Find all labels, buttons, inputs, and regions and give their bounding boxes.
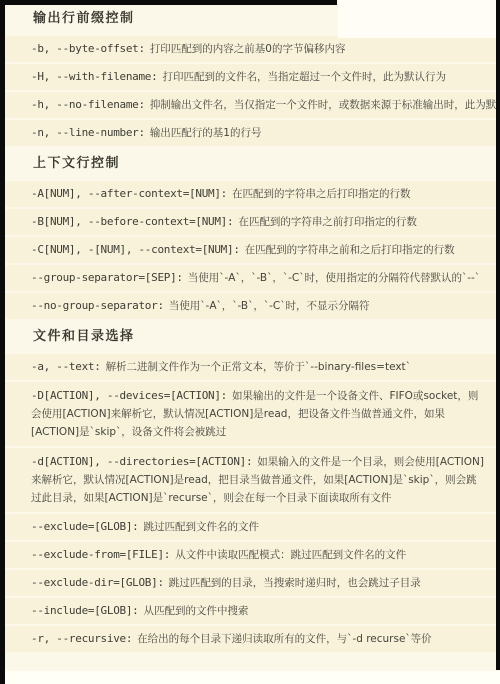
option-row: -n, --line-number:输出匹配行的基1的行号 [5,120,496,146]
option-row: --no-group-separator:当使用`-A`，`-B`，`-C`时，… [5,293,496,319]
option-row: -a, --text:解析二进制文件作为一个正常文本，等价于`--binary-… [5,354,496,380]
option-flags: -C[NUM], -[NUM], --context=[NUM]: [31,243,240,256]
option-description: 打印匹配到的内容之前基0的字节偏移内容 [150,43,346,55]
option-description: 解析二进制文件作为一个正常文本，等价于`--binary-files=text` [106,361,411,373]
option-description: 当使用`-A`，`-B`，`-C`时，不显示分隔符 [169,300,370,312]
option-flags: -h, --no-filename: [31,98,145,111]
option-description: 从文件中读取匹配模式：跳过匹配到文件名的文件 [175,549,406,561]
option-row: --exclude=[GLOB]:跳过匹配到文件名的文件 [5,514,496,540]
document-content: 输出行前缀控制 -b, --byte-offset:打印匹配到的内容之前基0的字… [5,5,496,662]
top-right-light-patch [338,0,496,38]
option-row: -D[ACTION], --devices=[ACTION]:如果输出的文件是一… [5,382,496,446]
option-flags: -r, --recursive: [31,632,132,645]
option-description: 在匹配到的字符串之后打印指定的行数 [232,188,411,200]
option-flags: -d[ACTION], --directories=[ACTION]: [31,455,252,468]
option-description: 跳过匹配到文件名的文件 [143,521,259,533]
option-flags: -B[NUM], --before-context=[NUM]: [31,215,233,228]
section-heading: 上下文行控制 [5,156,496,172]
option-description: 从匹配到的文件中搜索 [143,605,248,617]
option-row: -A[NUM], --after-context=[NUM]:在匹配到的字符串之… [5,181,496,207]
option-flags: -a, --text: [31,360,101,373]
option-flags: -D[ACTION], --devices=[ACTION]: [31,389,227,402]
option-row: -h, --no-filename:抑制输出文件名，当仅指定一个文件时，或数据来… [5,92,496,118]
option-flags: --include=[GLOB]: [31,604,138,617]
section-heading: 文件和目录选择 [5,329,496,345]
option-description: 输出匹配行的基1的行号 [150,127,262,139]
option-row: -B[NUM], --before-context=[NUM]:在匹配到的字符串… [5,209,496,235]
option-row: --include=[GLOB]:从匹配到的文件中搜索 [5,598,496,624]
option-row: -b, --byte-offset:打印匹配到的内容之前基0的字节偏移内容 [5,36,496,62]
option-row: --exclude-from=[FILE]:从文件中读取匹配模式：跳过匹配到文件… [5,542,496,568]
option-row: -r, --recursive:在给出的每个目录下递归读取所有的文件，与`-d … [5,626,496,652]
bottom-light-band [5,671,500,684]
option-flags: -H, --with-filename: [31,70,157,83]
frame-right-edge [496,0,500,670]
option-description: 打印匹配到的文件名，当指定超过一个文件时，此为默认行为 [162,71,446,83]
option-flags: --no-group-separator: [31,299,164,312]
document-page: 输出行前缀控制 -b, --byte-offset:打印匹配到的内容之前基0的字… [0,0,500,684]
section-file-and-directory-selection: 文件和目录选择 -a, --text:解析二进制文件作为一个正常文本，等价于`-… [5,329,496,652]
option-flags: --exclude-dir=[GLOB]: [31,576,164,589]
option-description: 抑制输出文件名，当仅指定一个文件时，或数据来源于标准输出时，此为默认行为 [150,99,496,111]
option-flags: -b, --byte-offset: [31,42,145,55]
frame-top-bar [0,0,337,5]
option-description: 在匹配到的字符串之前打印指定的行数 [238,216,417,228]
option-row: -C[NUM], -[NUM], --context=[NUM]:在匹配到的字符… [5,237,496,263]
option-flags: -A[NUM], --after-context=[NUM]: [31,187,227,200]
option-flags: --exclude=[GLOB]: [31,520,138,533]
option-description: 跳过匹配到的目录，当搜索时递归时，也会跳过子目录 [169,577,421,589]
section-context-line-control: 上下文行控制 -A[NUM], --after-context=[NUM]:在匹… [5,156,496,319]
option-flags: --exclude-from=[FILE]: [31,548,170,561]
option-flags: -n, --line-number: [31,126,145,139]
option-description: 在给出的每个目录下递归读取所有的文件，与`-d recurse`等价 [137,633,432,645]
option-description: 在匹配到的字符串之前和之后打印指定的行数 [245,244,455,256]
option-flags: --group-separator=[SEP]: [31,271,183,284]
option-row: --exclude-dir=[GLOB]:跳过匹配到的目录，当搜索时递归时，也会… [5,570,496,596]
option-description: 当使用`-A`，`-B`，`-C`时，使用指定的分隔符代替默认的`--` [188,272,480,284]
option-row: -d[ACTION], --directories=[ACTION]:如果输入的… [5,448,496,512]
option-row: -H, --with-filename:打印匹配到的文件名，当指定超过一个文件时… [5,64,496,90]
frame-left-edge [0,0,5,684]
option-row: --group-separator=[SEP]:当使用`-A`，`-B`，`-C… [5,265,496,291]
